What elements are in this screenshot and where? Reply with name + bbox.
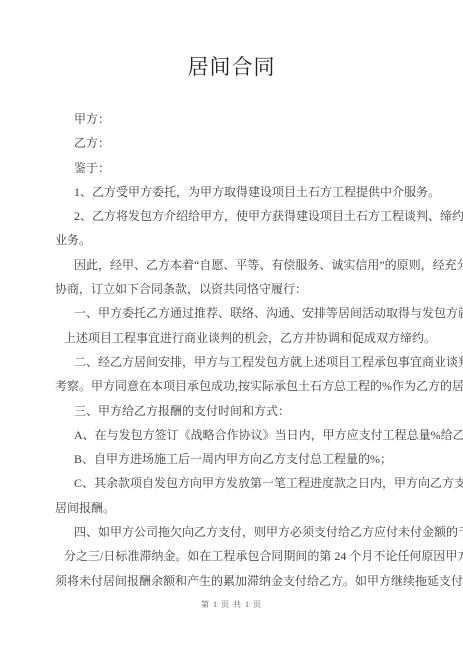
document-line: 2、乙方将发包方介绍给甲方，使甲方获得建设项目土石方工程谈判、缔约的中介 xyxy=(0,204,463,228)
document-line-party-a: 甲方： xyxy=(0,107,463,131)
document-line: 四、如甲方公司拖欠向乙方支付，则甲方必须支付给乙方应付未付金额的千 xyxy=(0,520,463,544)
document-line: 业务。 xyxy=(0,228,463,252)
page-number-footer: 第 1 页 共 1 页 xyxy=(0,599,463,611)
document-line: 因此，经甲、乙方本着“自愿、平等、有偿服务、诚实信用”的原则，经充分友好 xyxy=(0,253,463,277)
document-page: 居间合同 甲方： 乙方： 鉴于： 1、乙方受甲方委托，为甲方取得建设项目土石方工… xyxy=(0,0,463,655)
document-line: 一、甲方委托乙方通过推荐、联络、沟通、安排等居间活动取得与发包方就 xyxy=(0,301,463,325)
document-line: 考察。甲方同意在本项目承包成功,按实际承包土石方总工程的%作为乙方的居间报酬。 xyxy=(0,374,463,398)
document-title: 居间合同 xyxy=(0,54,463,80)
document-line-whereas: 鉴于： xyxy=(0,156,463,180)
document-line: A、在与发包方签订《战略合作协议》当日内，甲方应支付工程总量%给乙方； xyxy=(0,423,463,447)
document-line: 协商，订立如下合同条款，以资共同恪守履行： xyxy=(0,277,463,301)
document-line: 三、甲方给乙方报酬的支付时间和方式： xyxy=(0,399,463,423)
document-line: 居间报酬。 xyxy=(0,496,463,520)
document-line: B、自甲方进场施工后一周内甲方向乙方支付总工程量的%； xyxy=(0,447,463,471)
document-line: 上述项目工程事宜进行商业谈判的机会，乙方并协调和促成双方缔约。 xyxy=(0,326,463,350)
document-line: 分之三/日标准滞纳金。如在工程承包合同期间的第 24 个月不论任何原因甲方都必 xyxy=(0,544,463,568)
document-line-party-b: 乙方： xyxy=(0,131,463,155)
document-line: C、其余款项自发包方向甲方发放第一笔工程进度款之日内，甲方向乙方支付剩余 xyxy=(0,471,463,495)
document-line: 二、经乙方居间安排，甲方与工程发包方就上述项目工程承包事宜商业谈判并实地 xyxy=(0,350,463,374)
document-line: 1、乙方受甲方委托，为甲方取得建设项目土石方工程提供中介服务。 xyxy=(0,180,463,204)
document-body: 甲方： 乙方： 鉴于： 1、乙方受甲方委托，为甲方取得建设项目土石方工程提供中介… xyxy=(0,107,463,593)
document-line: 须将未付居间报酬余额和产生的累加滞纳金支付给乙方。如甲方继续拖延支付，则乙方 xyxy=(0,569,463,593)
